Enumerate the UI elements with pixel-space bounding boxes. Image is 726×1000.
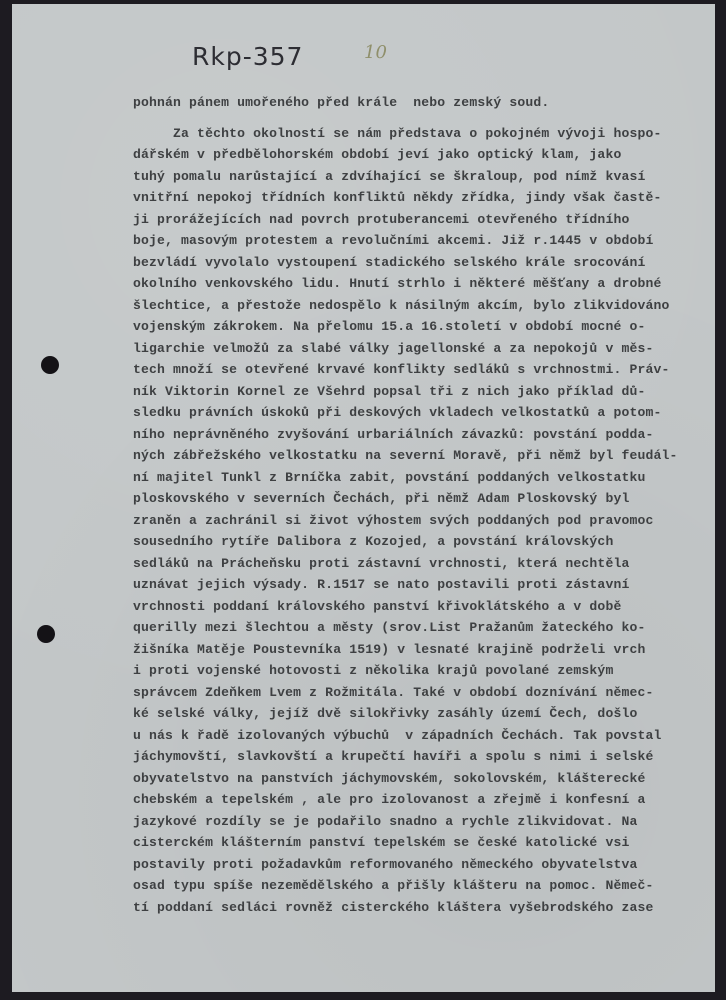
text-line: ního neprávněného zvyšování urbariálních… — [133, 424, 726, 446]
text-line: i proti vojenské hotovosti z několika kr… — [133, 660, 726, 682]
text-line: ných zábřežského velkostatku na severní … — [133, 445, 726, 467]
text-line: správcem Zdeňkem Lvem z Rožmitála. Také … — [133, 682, 726, 704]
text-line: tech množí se otevřené krvavé konflikty … — [133, 359, 726, 381]
text-line: vrchnosti poddaní královského panství kř… — [133, 596, 726, 618]
text-line: jazykové rozdíly se je podařilo snadno a… — [133, 811, 726, 833]
text-line: tuhý pomalu narůstající a zdvíhající se … — [133, 166, 726, 188]
text-line: ligarchie velmožů za slabé války jagello… — [133, 338, 726, 360]
text-line: vojenským zákrokem. Na přelomu 15.a 16.s… — [133, 316, 726, 338]
text-line: sousedního rytíře Dalibora z Kozojed, a … — [133, 531, 726, 553]
text-line: obyvatelstvo na panstvích jáchymovském, … — [133, 768, 726, 790]
text-line: sedláků na Prácheňsku proti zástavní vrc… — [133, 553, 726, 575]
text-line: querilly mezi šlechtou a městy (srov.Lis… — [133, 617, 726, 639]
text-line: šlechtice, a přestože nedospělo k násiln… — [133, 295, 726, 317]
text-line: vnitřní nepokoj třídních konfliktů někdy… — [133, 187, 726, 209]
text-line: ník Viktorin Kornel ze Všehrd popsal tři… — [133, 381, 726, 403]
text-line: u nás k řadě izolovaných výbuchů v západ… — [133, 725, 726, 747]
text-line: ploskovského v severních Čechách, při ně… — [133, 488, 726, 510]
punch-hole — [41, 356, 59, 374]
text-line: chebském a tepelském , ale pro izolovano… — [133, 789, 726, 811]
page-number: 10 — [364, 42, 387, 63]
text-line: ní majitel Tunkl z Brníčka zabit, povstá… — [133, 467, 726, 489]
text-line: ji prorážejících nad povrch protuberance… — [133, 209, 726, 231]
archive-reference-mark: Rkp-357 — [192, 42, 303, 71]
text-line: uznávat jejich výsady. R.1517 se nato po… — [133, 574, 726, 596]
text-line: osad typu spíše nezemědělského a přišly … — [133, 875, 726, 897]
text-line: bezvládí vyvolalo vystoupení stadického … — [133, 252, 726, 274]
text-line: ké selské války, jejíž dvě silokřivky za… — [133, 703, 726, 725]
text-line: cisterckém klášterním panství tepelském … — [133, 832, 726, 854]
document-page: Rkp-357 10 pohnán pánem umořeného před k… — [12, 4, 715, 992]
text-line: boje, masovým protestem a revolučními ak… — [133, 230, 726, 252]
punch-hole — [37, 625, 55, 643]
typewritten-text: pohnán pánem umořeného před krále nebo z… — [133, 92, 726, 918]
text-line: žišníka Matěje Poustevníka 1519) v lesna… — [133, 639, 726, 661]
text-line: pohnán pánem umořeného před krále nebo z… — [133, 92, 726, 114]
text-line: zraněn a zachránil si život výhostem svý… — [133, 510, 726, 532]
text-line: sledku právních úskoků při deskových vkl… — [133, 402, 726, 424]
text-line: postavily proti požadavkům reformovaného… — [133, 854, 726, 876]
text-line: tí poddaní sedláci rovněž cisterckého kl… — [133, 897, 726, 919]
text-line: Za těchto okolností se nám představa o p… — [133, 123, 726, 145]
text-line: okolního venkovského lidu. Hnutí strhlo … — [133, 273, 726, 295]
text-line: dářském v předbělohorském období jeví ja… — [133, 144, 726, 166]
text-line: jáchymovští, slavkovští a krupečtí havíř… — [133, 746, 726, 768]
